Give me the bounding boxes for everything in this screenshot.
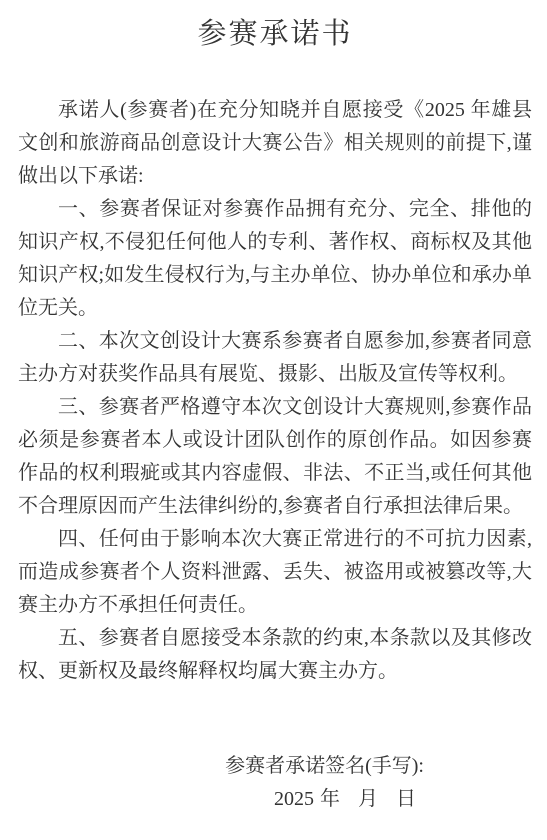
signature-label: 参赛者承诺签名(手写): [18,750,532,783]
paragraph-clause-2: 二、本次文创设计大赛系参赛者自愿参加,参赛者同意主办方对获奖作品具有展览、摄影、… [18,325,532,391]
document-title: 参赛承诺书 [18,12,532,56]
paragraph-clause-1: 一、参赛者保证对参赛作品拥有充分、完全、排他的知识产权,不侵犯任何他人的专利、著… [18,193,532,325]
date-month-label: 月 [358,788,378,810]
paragraph-clause-4: 四、任何由于影响本次大赛正常进行的不可抗力因素,而造成参赛者个人资料泄露、丢失、… [18,523,532,622]
paragraph-clause-5: 五、参赛者自愿接受本条款的约束,本条款以及其修改权、更新权及最终解释权均属大赛主… [18,622,532,688]
date-day-label: 日 [396,788,416,810]
signature-block: 参赛者承诺签名(手写): 2025年月日 [18,750,532,816]
paragraph-clause-3: 三、参赛者严格遵守本次文创设计大赛规则,参赛作品必须是参赛者本人或设计团队创作的… [18,391,532,523]
paragraph-intro: 承诺人(参赛者)在充分知晓并自愿接受《2025 年雄县文创和旅游商品创意设计大赛… [18,94,532,193]
document-body: 承诺人(参赛者)在充分知晓并自愿接受《2025 年雄县文创和旅游商品创意设计大赛… [18,94,532,688]
date-line: 2025年月日 [18,783,532,816]
date-year-label: 年 [320,788,340,810]
document-page: 参赛承诺书 承诺人(参赛者)在充分知晓并自愿接受《2025 年雄县文创和旅游商品… [0,0,547,840]
date-year: 2025 [274,788,314,810]
